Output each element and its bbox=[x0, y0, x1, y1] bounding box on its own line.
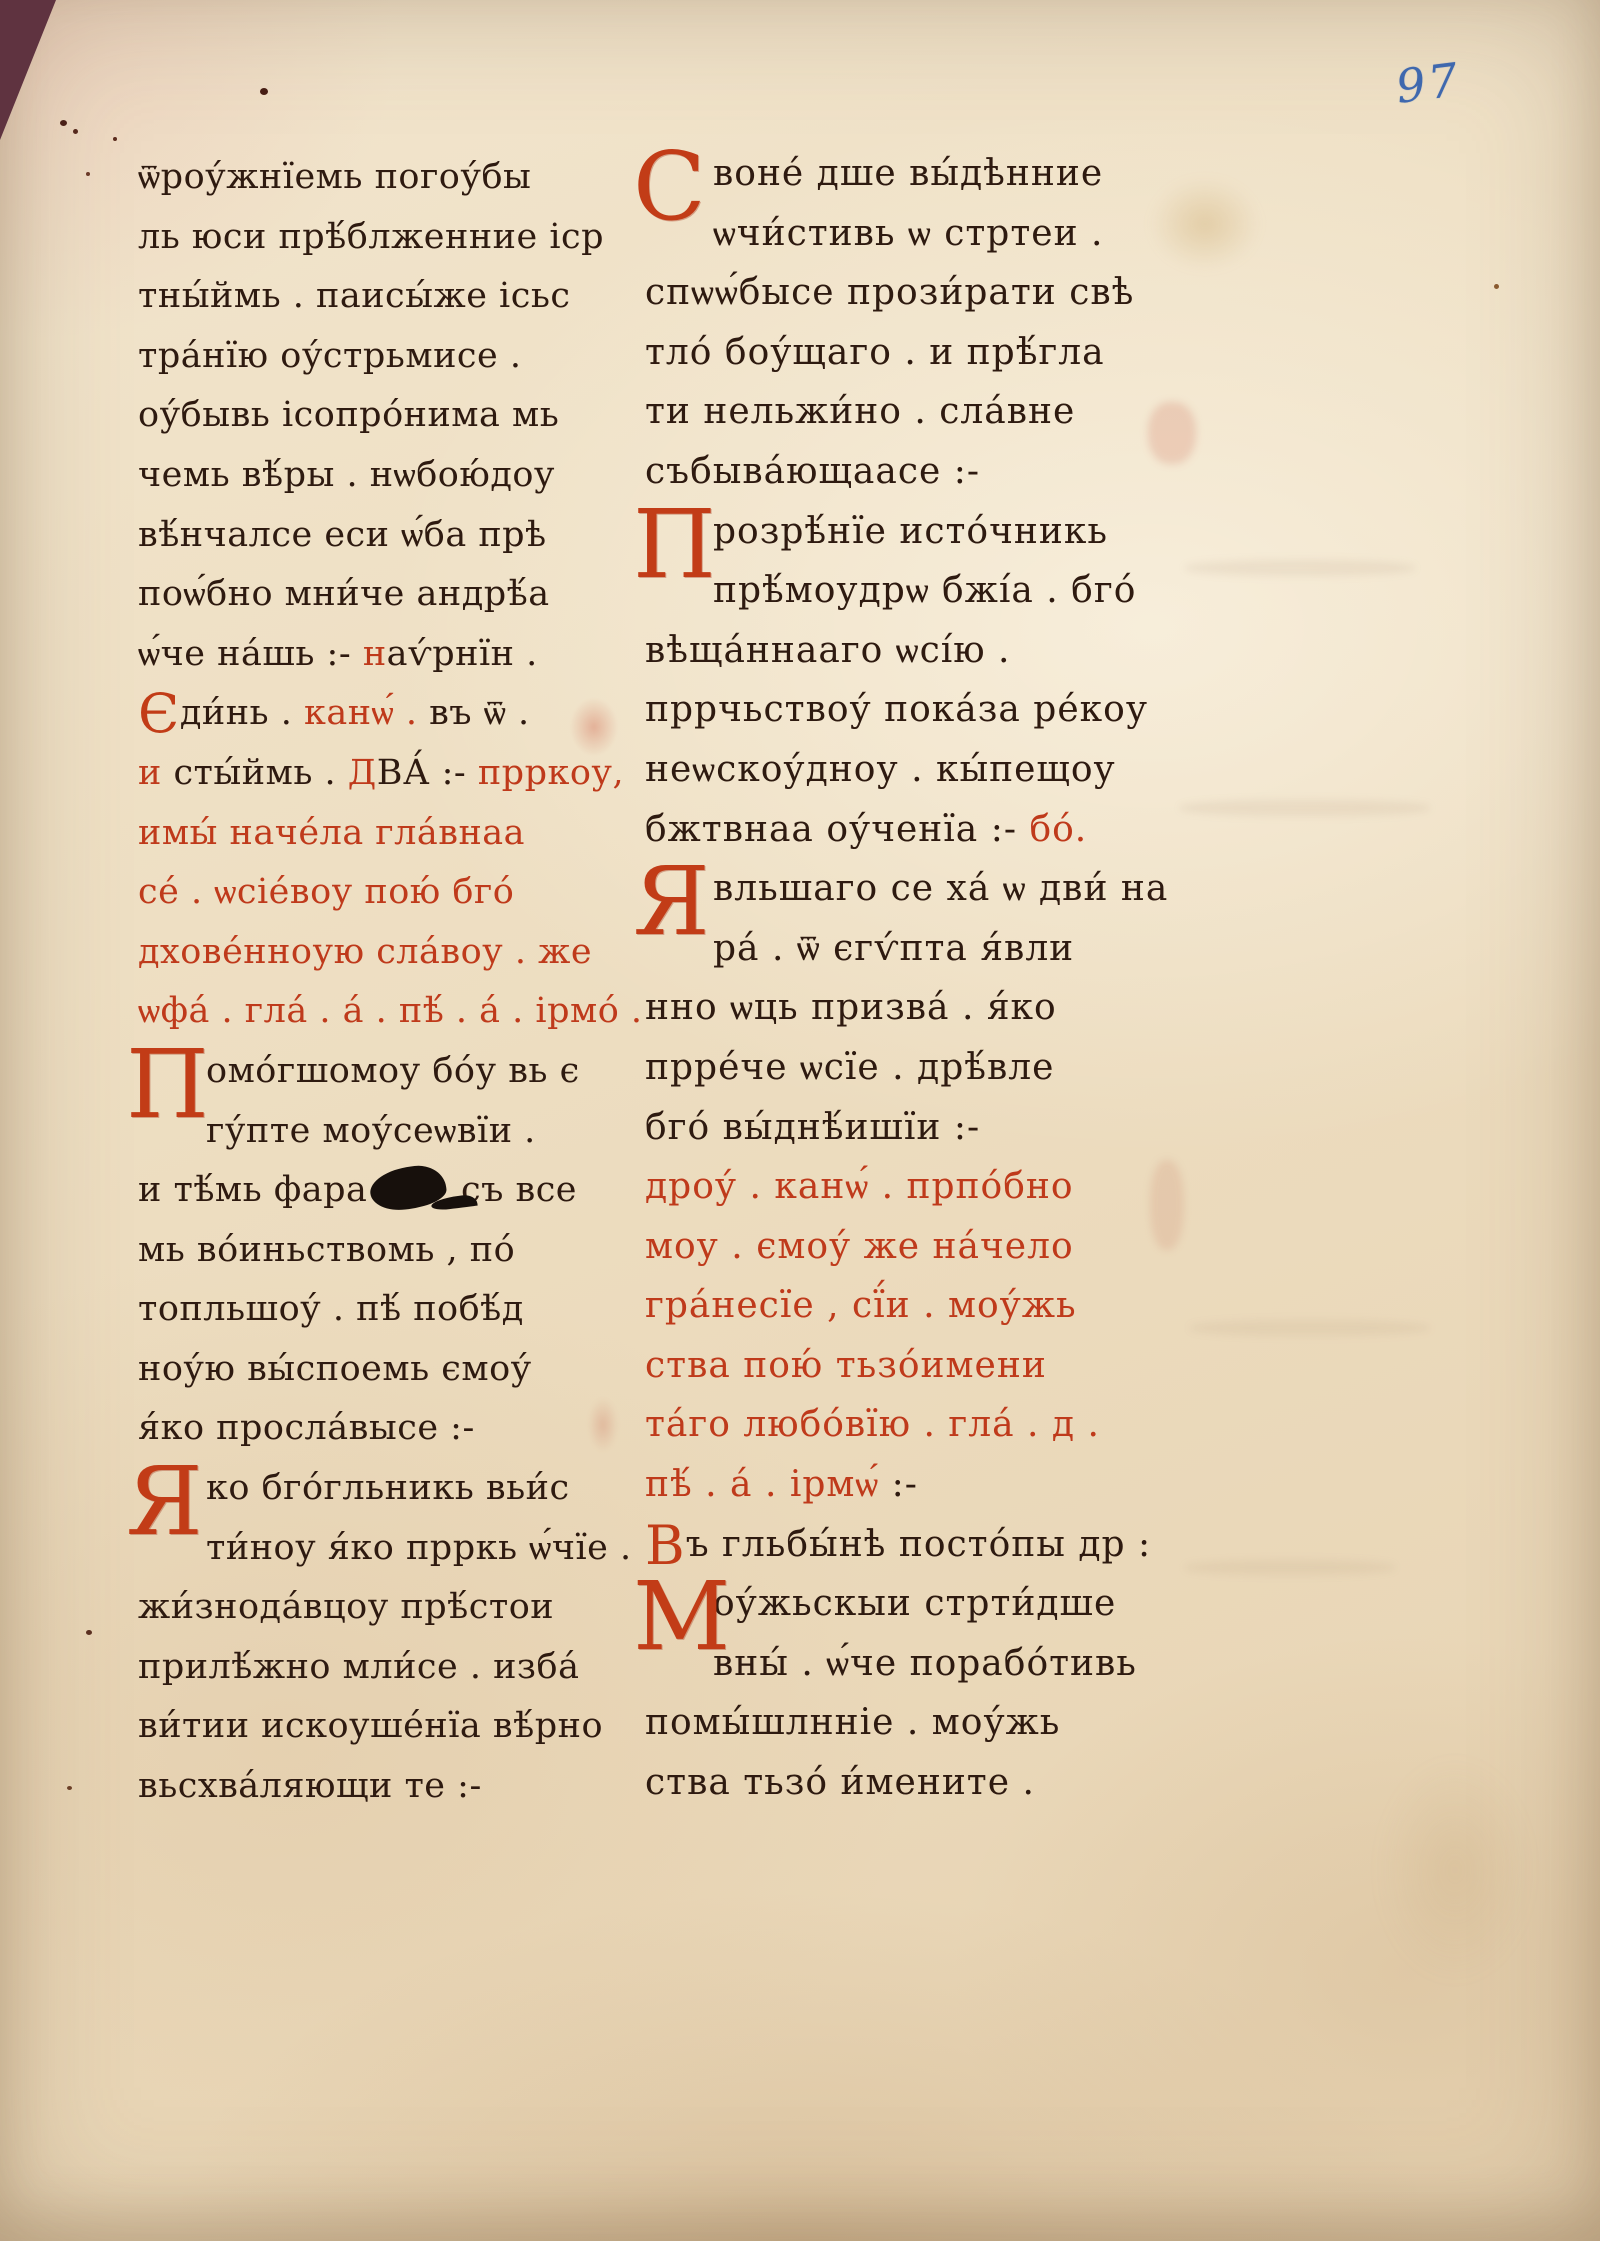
text-line: ѡ́че на́шь :- наѵ́рнїн . bbox=[138, 625, 588, 685]
text-line: вѣ́нчалсе еси ѡ́ба прѣ bbox=[138, 506, 588, 566]
text-line: мь во́иньствомь , по́ bbox=[138, 1221, 588, 1281]
manuscript-page: 97 ѿроу́жнїемь погоу́быль юси прѣ́блженн… bbox=[0, 0, 1600, 2241]
text-segment: дхове́нноую сла́воу . же bbox=[138, 932, 592, 972]
red-smudge bbox=[588, 1398, 618, 1452]
drop-cap: Є bbox=[138, 682, 180, 745]
text-line: я́ко просла́высе :- bbox=[138, 1399, 588, 1459]
text-line: Своне́ дше вы́дѣнние bbox=[645, 144, 1155, 204]
text-line: ства тьзо́ и́мените . bbox=[645, 1753, 1155, 1813]
text-segment: бо́. bbox=[1029, 809, 1087, 850]
text-segment: :- bbox=[892, 1464, 918, 1505]
text-segment: прѣ́моудрѡ бжі́а . бго́ bbox=[713, 570, 1136, 611]
text-line: та́го любо́вїю . гла́ . д . bbox=[645, 1395, 1155, 1455]
text-line: и тѣ́мь фара съ все bbox=[138, 1161, 588, 1221]
folio-number: 97 bbox=[1393, 52, 1464, 113]
text-line: гу́пте моу́сеѡвїи . bbox=[138, 1102, 588, 1162]
text-segment: ти́ноу я́ко прркь ѡ́чїе . bbox=[206, 1528, 632, 1568]
text-line: пррчьствоу́ пока́за ре́коу bbox=[645, 680, 1155, 740]
text-segment: бго́ вы́днѣ́ишїи :- bbox=[645, 1107, 980, 1148]
text-segment: розрѣ́нїе исто́чникь bbox=[713, 511, 1108, 552]
text-line: Єди́нь . канѡ́ . въ ѿ . bbox=[138, 684, 588, 744]
text-line: дхове́нноую сла́воу . же bbox=[138, 923, 588, 983]
text-segment: ѡчи́стивь ѡ стртеи . bbox=[713, 213, 1103, 254]
text-segment: воне́ дше вы́дѣнние bbox=[713, 153, 1103, 194]
text-segment: гу́пте моу́сеѡвїи . bbox=[206, 1111, 536, 1151]
text-line: дроу́ . канѡ́ . прпо́бно bbox=[645, 1157, 1155, 1217]
text-segment: оу́бывь ісопро́нима мь bbox=[138, 395, 559, 435]
text-line: ра́ . ѿ єгѵ́пта я́вли bbox=[645, 919, 1155, 979]
stain bbox=[260, 88, 268, 95]
text-segment: чемь вѣ́ры . нѡбою́доу bbox=[138, 455, 555, 495]
text-segment: тра́нїю оу́стрьмисе . bbox=[138, 336, 521, 376]
text-segment: жи́знода́вцоу прѣ́стои bbox=[138, 1587, 554, 1627]
text-line: Прозрѣ́нїе исто́чникь bbox=[645, 502, 1155, 562]
bleedthrough-mark bbox=[1180, 800, 1430, 816]
text-segment: вльшаго се ха́ ѡ дви́ на bbox=[713, 868, 1168, 909]
text-segment: ства пою́ тьзо́имени bbox=[645, 1345, 1047, 1386]
text-segment: нно ѡць призва́ . я́ко bbox=[645, 987, 1057, 1028]
text-line: тло́ боу́щаго . и прѣ́гла bbox=[645, 323, 1155, 383]
text-segment: аѵ́рнїн . bbox=[387, 634, 538, 674]
text-line: вьсхва́ляющи те :- bbox=[138, 1757, 588, 1817]
stain bbox=[60, 120, 67, 126]
text-segment: сты́ймь . bbox=[162, 753, 348, 793]
stain bbox=[113, 137, 117, 141]
text-segment: се́ . ѡсіе́воу пою́ бго́ bbox=[138, 872, 514, 912]
text-segment: тны́ймь . паисы́же ісьс bbox=[138, 276, 571, 316]
text-line: Яко бго́гльникь вьи́с bbox=[138, 1459, 588, 1519]
text-line: ти нельжи́но . сла́вне bbox=[645, 382, 1155, 442]
text-segment: гра́несїе , сї́и . моу́жь bbox=[645, 1285, 1077, 1326]
text-line: спѡѡ́бысе прози́рати свѣ bbox=[645, 263, 1155, 323]
bleedthrough-mark bbox=[1148, 402, 1196, 464]
text-segment: ства тьзо́ и́мените . bbox=[645, 1762, 1035, 1803]
torn-corner bbox=[0, 0, 70, 150]
text-line: топльшоу́ . пѣ́ побѣ́д bbox=[138, 1280, 588, 1340]
text-segment: ви́тии искоуше́нїа вѣ́рно bbox=[138, 1706, 603, 1746]
text-segment: н bbox=[363, 634, 387, 674]
text-segment: ди́нь . bbox=[180, 693, 304, 733]
text-segment: неѡскоу́дноу . кы́пещоу bbox=[645, 749, 1116, 790]
text-column-right: Своне́ дше вы́дѣнниеѡчи́стивь ѡ стртеи .… bbox=[645, 144, 1155, 1813]
text-segment: прилѣ́жно мли́се . изба́ bbox=[138, 1647, 579, 1687]
text-segment: спѡѡ́бысе прози́рати свѣ bbox=[645, 272, 1134, 313]
bleedthrough-mark bbox=[1190, 1320, 1430, 1336]
stain bbox=[73, 129, 78, 134]
text-segment: ѡ́че на́шь :- bbox=[138, 634, 363, 674]
text-segment: вѣща́ннааго ѡсі́ю . bbox=[645, 630, 1011, 671]
stain bbox=[1150, 178, 1260, 270]
text-line: поѡ́бно мни́че андрѣ́а bbox=[138, 565, 588, 625]
text-segment: тло́ боу́щаго . и прѣ́гла bbox=[645, 332, 1105, 373]
bleedthrough-mark bbox=[1150, 1160, 1184, 1250]
text-line: ноу́ю вы́споемь ємоу́ bbox=[138, 1340, 588, 1400]
text-line: ства пою́ тьзо́имени bbox=[645, 1336, 1155, 1396]
text-line: Явльшаго се ха́ ѡ дви́ на bbox=[645, 859, 1155, 919]
text-column-left: ѿроу́жнїемь погоу́быль юси прѣ́блженние … bbox=[138, 148, 588, 1817]
text-segment: ль юси прѣ́блженние іср bbox=[138, 217, 604, 257]
stain bbox=[67, 1786, 72, 1790]
stain bbox=[1380, 1760, 1530, 1980]
text-segment: ѿроу́жнїемь погоу́бы bbox=[138, 157, 531, 197]
text-line: прилѣ́жно мли́се . изба́ bbox=[138, 1638, 588, 1698]
text-segment: прре́че ѡсїе . дрѣ́вле bbox=[645, 1047, 1054, 1088]
text-line: прѣ́моудрѡ бжі́а . бго́ bbox=[645, 561, 1155, 621]
text-segment: ноу́ю вы́споемь ємоу́ bbox=[138, 1349, 532, 1389]
text-segment: и тѣ́мь фара bbox=[138, 1170, 367, 1210]
text-line: жи́знода́вцоу прѣ́стои bbox=[138, 1578, 588, 1638]
text-segment: имы́ наче́ла гла́внаа bbox=[138, 813, 525, 853]
bleedthrough-mark bbox=[1185, 1560, 1395, 1575]
text-segment: оу́жьскыи стрти́дше bbox=[713, 1583, 1116, 1624]
text-segment: ра́ . ѿ єгѵ́пта я́вли bbox=[713, 928, 1074, 969]
text-line: ти́ноу я́ко прркь ѡ́чїе . bbox=[138, 1519, 588, 1579]
ink-blot bbox=[368, 1163, 449, 1214]
text-line: ви́тии искоуше́нїа вѣ́рно bbox=[138, 1697, 588, 1757]
text-segment: мь во́иньствомь , по́ bbox=[138, 1230, 515, 1270]
text-line: помы́шлнніе . моу́жь bbox=[645, 1693, 1155, 1753]
text-segment: омо́гшомоу бо́у вь є bbox=[206, 1051, 580, 1091]
text-segment: бжтвнаа оу́ченїа :- bbox=[645, 809, 1029, 850]
text-segment: канѡ́ . bbox=[304, 693, 429, 733]
stain bbox=[86, 172, 90, 176]
text-segment: помы́шлнніе . моу́жь bbox=[645, 1702, 1060, 1743]
text-line: се́ . ѡсіе́воу пою́ бго́ bbox=[138, 863, 588, 923]
text-line: чемь вѣ́ры . нѡбою́доу bbox=[138, 446, 588, 506]
bleedthrough-mark bbox=[1185, 560, 1415, 576]
text-line: моу . ємоу́ же на́чело bbox=[645, 1217, 1155, 1277]
text-line: тны́ймь . паисы́же ісьс bbox=[138, 267, 588, 327]
text-segment: вѣ́нчалсе еси ѡ́ба прѣ bbox=[138, 515, 547, 555]
stain bbox=[1494, 284, 1499, 289]
text-line: вны́ . ѡ́че порабо́тивь bbox=[645, 1634, 1155, 1694]
text-segment: поѡ́бно мни́че андрѣ́а bbox=[138, 574, 550, 614]
text-segment: Д bbox=[348, 753, 377, 793]
text-line: ѿроу́жнїемь погоу́бы bbox=[138, 148, 588, 208]
text-line: пѣ́ . а́ . ірмѡ́ :- bbox=[645, 1455, 1155, 1515]
text-line: оу́бывь ісопро́нима мь bbox=[138, 386, 588, 446]
text-segment: и bbox=[138, 753, 162, 793]
text-line: прре́че ѡсїе . дрѣ́вле bbox=[645, 1038, 1155, 1098]
text-line: имы́ наче́ла гла́внаа bbox=[138, 804, 588, 864]
stain bbox=[86, 1630, 92, 1635]
text-segment: моу . ємоу́ же на́чело bbox=[645, 1226, 1074, 1267]
text-segment: пѣ́ . а́ . ірмѡ́ bbox=[645, 1464, 892, 1505]
text-line: събыва́ющаасе :- bbox=[645, 442, 1155, 502]
text-segment: ъ гльбы́нѣ посто́пы др : bbox=[686, 1524, 1151, 1565]
text-segment: я́ко просла́высе :- bbox=[138, 1408, 475, 1448]
text-segment: ѡфа́ . гла́ . а́ . пѣ́ . а́ . ірмо́ . bbox=[138, 991, 643, 1031]
text-segment: събыва́ющаасе :- bbox=[645, 451, 980, 492]
text-segment: пррчьствоу́ пока́за ре́коу bbox=[645, 689, 1148, 730]
text-segment: ти нельжи́но . сла́вне bbox=[645, 391, 1075, 432]
text-segment: та́го любо́вїю . гла́ . д . bbox=[645, 1404, 1100, 1445]
text-line: вѣща́ннааго ѡсі́ю . bbox=[645, 621, 1155, 681]
text-line: Моу́жьскыи стрти́дше bbox=[645, 1574, 1155, 1634]
text-segment: съ все bbox=[449, 1170, 577, 1210]
text-line: нно ѡць призва́ . я́ко bbox=[645, 978, 1155, 1038]
text-line: неѡскоу́дноу . кы́пещоу bbox=[645, 740, 1155, 800]
text-line: Помо́гшомоу бо́у вь є bbox=[138, 1042, 588, 1102]
text-line: ль юси прѣ́блженние іср bbox=[138, 208, 588, 268]
text-segment: дроу́ . канѡ́ . прпо́бно bbox=[645, 1166, 1074, 1207]
text-line: ѡчи́стивь ѡ стртеи . bbox=[645, 204, 1155, 264]
text-segment: вны́ . ѡ́че порабо́тивь bbox=[713, 1643, 1137, 1684]
text-line: бго́ вы́днѣ́ишїи :- bbox=[645, 1098, 1155, 1158]
text-line: гра́несїе , сї́и . моу́жь bbox=[645, 1276, 1155, 1336]
text-line: тра́нїю оу́стрьмисе . bbox=[138, 327, 588, 387]
text-segment: вьсхва́ляющи те :- bbox=[138, 1766, 482, 1806]
text-segment: топльшоу́ . пѣ́ побѣ́д bbox=[138, 1289, 524, 1329]
text-segment: въ ѿ . bbox=[429, 693, 530, 733]
text-line: бжтвнаа оу́ченїа :- бо́. bbox=[645, 800, 1155, 860]
text-line: и сты́ймь . ДВА́ :- прркоу, bbox=[138, 744, 588, 804]
text-segment: ко бго́гльникь вьи́с bbox=[206, 1468, 570, 1508]
text-segment: прркоу, bbox=[478, 753, 624, 793]
text-segment: ВА́ :- bbox=[377, 753, 478, 793]
